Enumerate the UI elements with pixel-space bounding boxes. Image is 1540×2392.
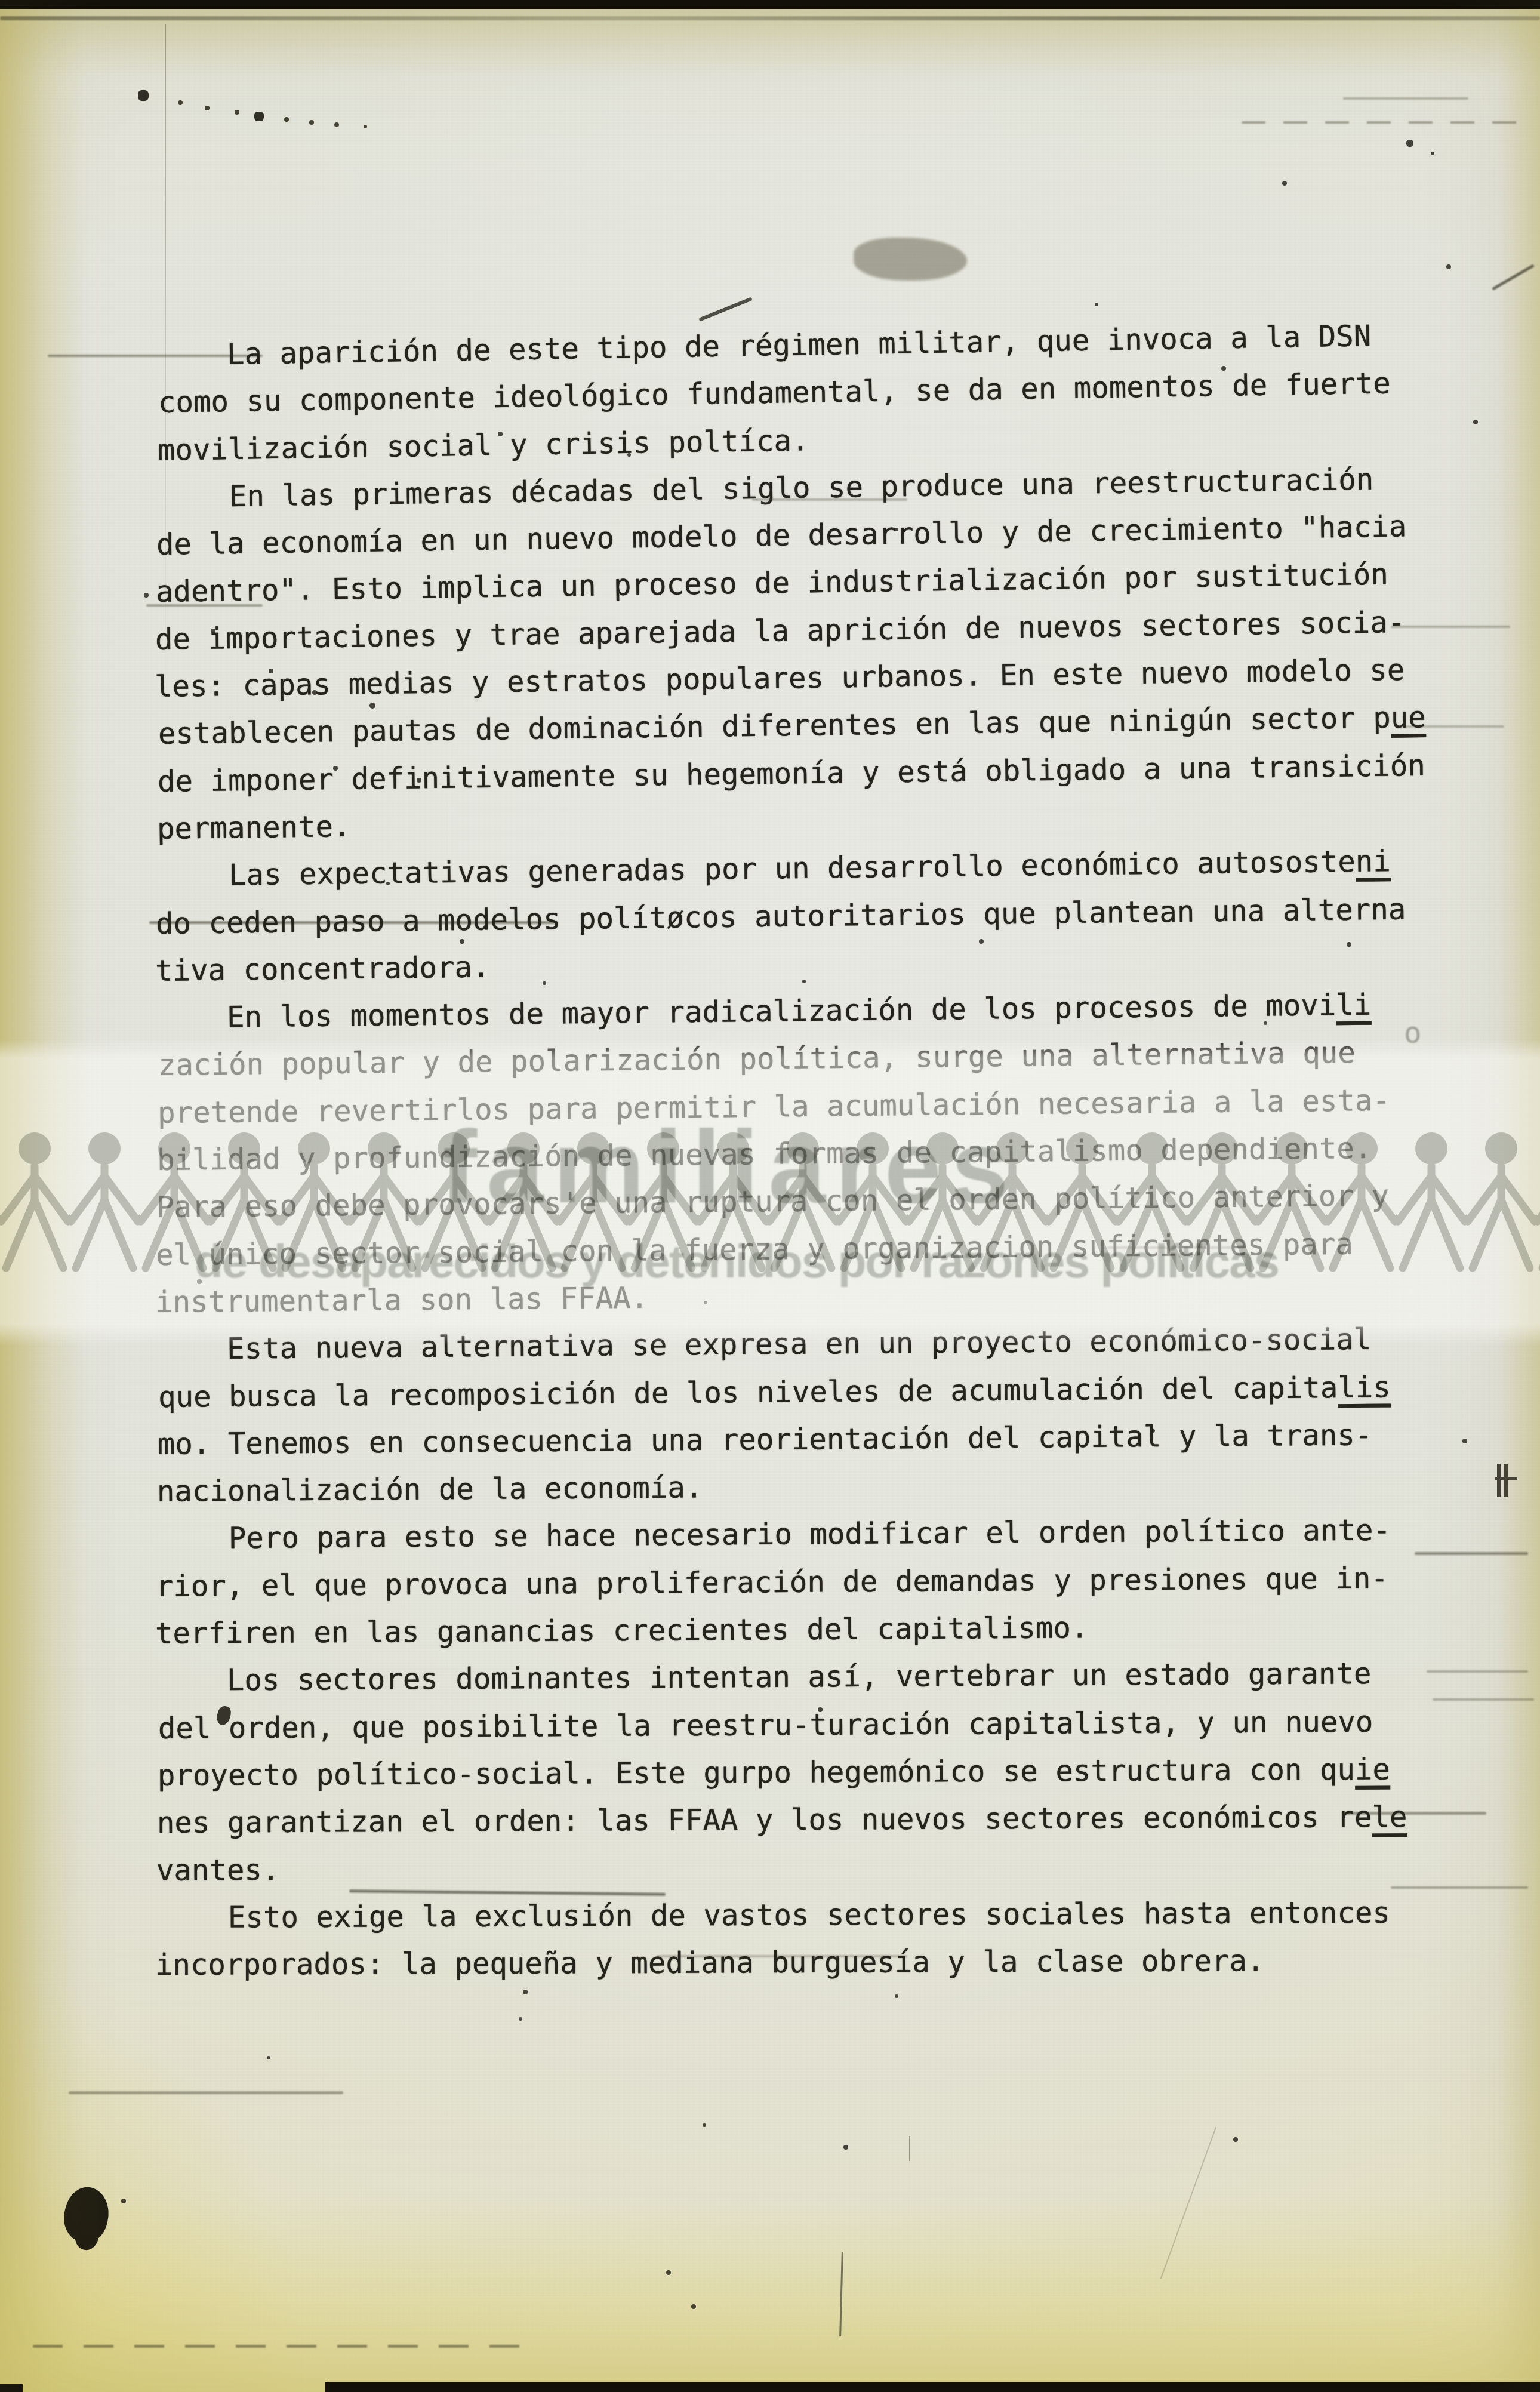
- text-line: Esto exige la exclusión de vastos sector…: [156, 1889, 1475, 1941]
- text-line: del orden, que posibilite la reestru-tur…: [158, 1698, 1477, 1752]
- text-line: Pero para esto se hace necesario modific…: [156, 1506, 1476, 1563]
- text-line: vantes.: [156, 1841, 1476, 1894]
- text-line: proyecto político-social. Este gurpo heg…: [158, 1745, 1477, 1799]
- text-line: rior, el que provoca una proliferación d…: [156, 1554, 1475, 1610]
- text-line: Los sectores dominantes intentan así, ve…: [155, 1650, 1474, 1705]
- watermark-title: familiares: [443, 1108, 1018, 1226]
- scanned-document-page: La aparición de este tipo de régimen mil…: [0, 0, 1540, 2392]
- watermark-subtitle: de desaparecidos y detenidos por razones…: [195, 1235, 1279, 1289]
- text-line: nes garantizan el orden: las FFAA y los …: [157, 1793, 1476, 1847]
- text-line: terfiren en las ganancias crecientes del…: [155, 1602, 1474, 1657]
- text-line: incorporados: la pequeña y mediana burgu…: [155, 1937, 1474, 1988]
